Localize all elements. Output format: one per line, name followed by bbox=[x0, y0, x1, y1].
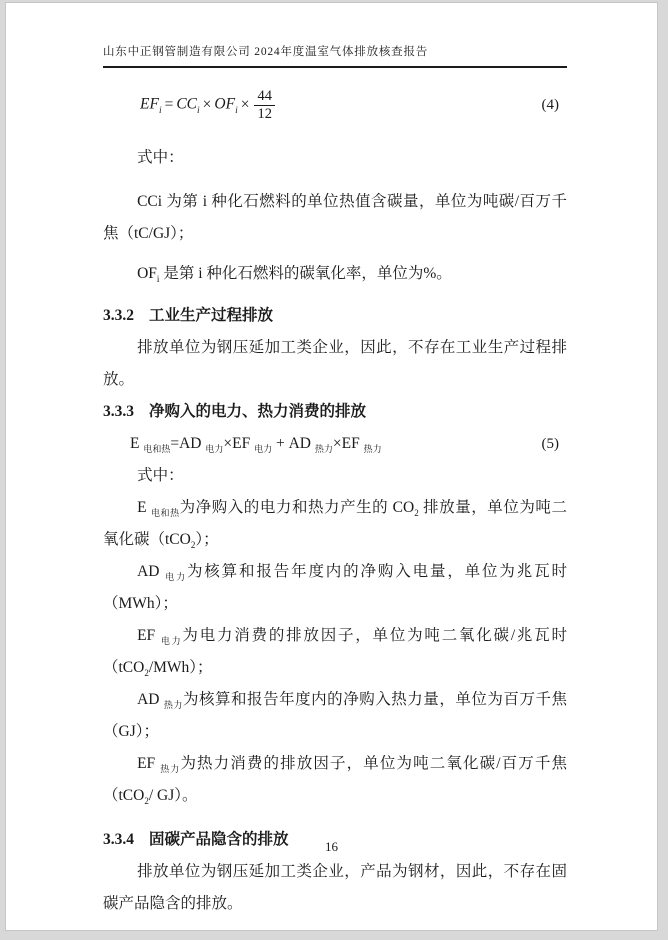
page-header-title: 山东中正钢管制造有限公司 2024年度温室气体排放核查报告 bbox=[103, 43, 567, 68]
eq4-times-sign-2: × bbox=[238, 96, 253, 113]
paragraph-ad-electricity-definition: AD 电力为核算和报告年度内的净购入电量，单位为兆瓦时（MWh）； bbox=[103, 556, 567, 620]
section-number: 3.3.2 bbox=[103, 307, 134, 324]
page-number: 16 bbox=[6, 839, 657, 855]
document-page: 山东中正钢管制造有限公司 2024年度温室气体排放核查报告 EFi=CCi×OF… bbox=[5, 2, 658, 931]
eq4-equals-sign: = bbox=[162, 96, 177, 113]
equation-5-number-label: (5) bbox=[542, 428, 560, 460]
paragraph-section-3-3-4-body: 排放单位为钢压延加工类企业，产品为钢材，因此，不存在固碳产品隐含的排放。 bbox=[103, 856, 567, 920]
paragraph-cc-definition: CCi 为第 i 种化石燃料的单位热值含碳量，单位为吨碳/百万千焦（tC/GJ）… bbox=[103, 186, 567, 250]
paragraph-shizhong-2: 式中： bbox=[103, 460, 567, 492]
section-title: 工业生产过程排放 bbox=[149, 307, 273, 324]
paragraph-ef-heat-definition: EF 热力为热力消费的排放因子，单位为吨二氧化碳/百万千焦（tCO2/ GJ）。 bbox=[103, 748, 567, 812]
fraction-numerator: 44 bbox=[254, 88, 275, 106]
page-content: 山东中正钢管制造有限公司 2024年度温室气体排放核查报告 EFi=CCi×OF… bbox=[103, 43, 567, 920]
fraction-denominator: 12 bbox=[257, 106, 272, 123]
section-heading-3-3-2: 3.3.2工业生产过程排放 bbox=[103, 300, 567, 332]
paragraph-ef-electricity-definition: EF 电力为电力消费的排放因子，单位为吨二氧化碳/兆瓦时（tCO2/MWh）； bbox=[103, 620, 567, 684]
eq4-term-of: OF bbox=[214, 96, 235, 113]
eq4-term-cc: CC bbox=[176, 96, 197, 113]
paragraph-shizhong-1: 式中： bbox=[103, 142, 567, 174]
equation-4: EFi=CCi×OFi×4412 (4) bbox=[103, 88, 567, 122]
equation-4-number-label: (4) bbox=[542, 97, 560, 114]
section-title: 净购入的电力、热力消费的排放 bbox=[149, 403, 366, 420]
equation-4-formula: EFi=CCi×OFi×4412 bbox=[140, 88, 275, 122]
equation-5-formula: E 电和热=AD 电力×EF 电力 + AD 热力×EF 热力 bbox=[130, 428, 382, 460]
equation-5: E 电和热=AD 电力×EF 电力 + AD 热力×EF 热力 (5) bbox=[103, 428, 567, 460]
eq4-lhs: EF bbox=[140, 96, 159, 113]
section-number: 3.3.3 bbox=[103, 403, 134, 420]
section-heading-3-3-3: 3.3.3净购入的电力、热力消费的排放 bbox=[103, 396, 567, 428]
paragraph-e-definition: E 电和热为净购入的电力和热力产生的 CO2 排放量，单位为吨二氧化碳（tCO2… bbox=[103, 492, 567, 556]
paragraph-ad-heat-definition: AD 热力为核算和报告年度内的净购入热力量，单位为百万千焦（GJ）； bbox=[103, 684, 567, 748]
paragraph-of-definition: OFi 是第 i 种化石燃料的碳氧化率，单位为%。 bbox=[103, 258, 567, 290]
eq4-times-sign-1: × bbox=[200, 96, 215, 113]
fraction-44-over-12: 4412 bbox=[254, 88, 275, 122]
paragraph-section-3-3-2-body: 排放单位为钢压延加工类企业，因此，不存在工业生产过程排放。 bbox=[103, 332, 567, 396]
